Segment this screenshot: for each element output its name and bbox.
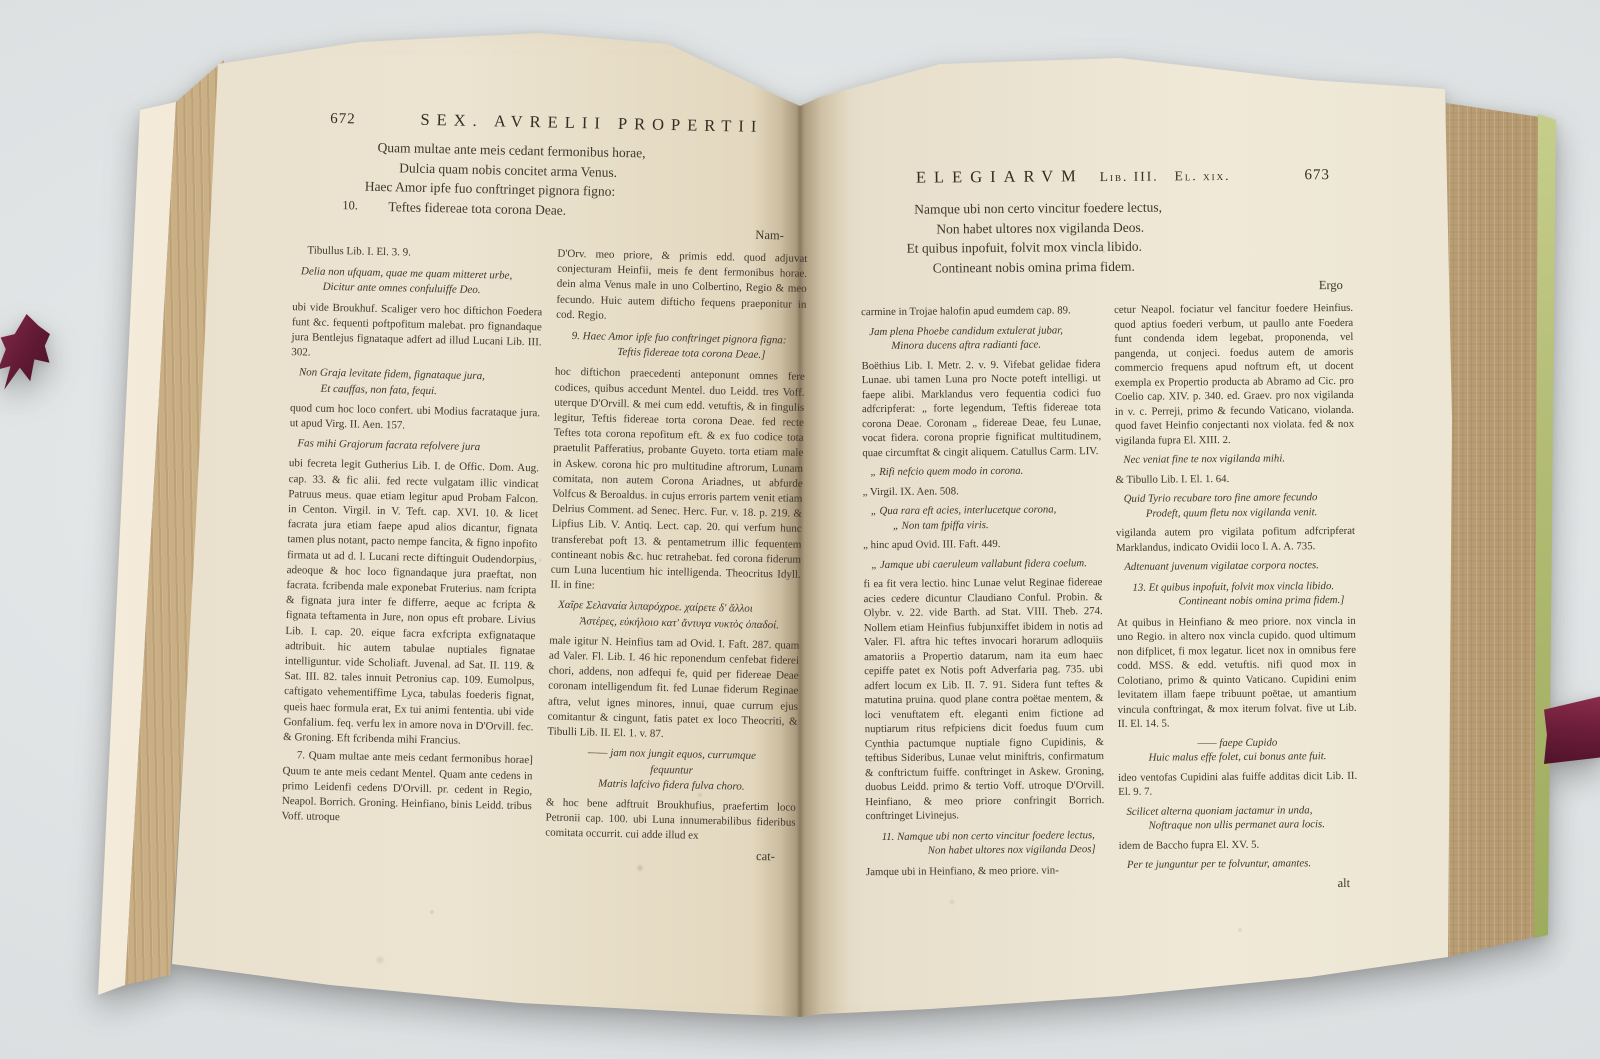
note-paragraph: Per te junguntur per te folvuntur, amant… bbox=[1127, 856, 1358, 873]
commentary-columns: Tibullus Lib. I. El. 3. 9.Delia non ufqu… bbox=[281, 241, 808, 864]
note-paragraph: D'Orv. meo priore, & primis edd. quod ad… bbox=[556, 247, 808, 328]
cloth-tie-right bbox=[1544, 696, 1600, 764]
quote-line: Adtenuant juvenum vigilatae corpora noct… bbox=[1124, 558, 1355, 575]
cloth-tie-left bbox=[0, 314, 50, 398]
book-photo: 672 SEX. AVRELII PROPERTII 10. Quam mult… bbox=[0, 0, 1600, 1059]
running-title-book: Lib. III. bbox=[1100, 169, 1159, 186]
right-page-header: ELEGIARVM Lib. III. El. xix. 673 bbox=[860, 164, 1352, 188]
latin-verse: 10. Quam multae ante meis cedant fermoni… bbox=[294, 136, 810, 225]
note-paragraph: Delia non ufquam, quae me quam mitteret … bbox=[300, 265, 543, 300]
note-paragraph: hoc diftichon praecedenti anteponunt omn… bbox=[550, 365, 805, 598]
notes-column-1: carmine in Trojae halofin apud eumdem ca… bbox=[861, 303, 1105, 894]
note-paragraph: Boëthius Lib. I. Metr. 2. v. 9. Vifebat … bbox=[861, 357, 1101, 461]
note-paragraph: & Tibullo Lib. I. El. 1. 64. bbox=[1115, 470, 1354, 487]
note-paragraph: 13. Et quibus inpofuit, folvit mox vincl… bbox=[1116, 578, 1355, 609]
note-paragraph: Fas mihi Grajorum facrata refolvere jura bbox=[297, 436, 539, 456]
note-paragraph: „ Jamque ubi caeruleum vallabunt fidera … bbox=[871, 556, 1102, 573]
catchword: alt bbox=[1119, 875, 1358, 892]
note-paragraph: Jamque ubi in Heinfiano, & meo priore. v… bbox=[866, 863, 1105, 880]
open-book: 672 SEX. AVRELII PROPERTII 10. Quam mult… bbox=[0, 0, 1600, 1059]
note-paragraph: & hoc bene adftruit Broukhufius, praefer… bbox=[545, 795, 796, 846]
verse-line: Contineant nobis omina prima fidem. bbox=[907, 254, 1353, 277]
quote-line: Nec veniat fine te nox vigilanda mihi. bbox=[1123, 451, 1354, 468]
left-page: 672 SEX. AVRELII PROPERTII 10. Quam mult… bbox=[281, 107, 811, 864]
note-paragraph: Tibullus Lib. I. El. 3. 9. bbox=[293, 243, 543, 263]
note-paragraph: Nec veniat fine te nox vigilanda mihi. bbox=[1123, 451, 1354, 468]
open-pages: 672 SEX. AVRELII PROPERTII 10. Quam mult… bbox=[0, 0, 1600, 1059]
note-paragraph: ubi fecreta legit Gutherius Lib. I. de O… bbox=[283, 457, 539, 751]
quote-line: „ Non tam fpiffa viris. bbox=[871, 517, 1102, 534]
verse-line-number: 10. bbox=[342, 196, 358, 216]
note-paragraph: ubi vide Broukhuf. Scaliger vero hoc dif… bbox=[291, 300, 542, 366]
note-paragraph: —— jam nox jungit equos, currumquefequun… bbox=[546, 745, 797, 796]
note-paragraph: —— faepe CupidoHuic malus effe folet, cu… bbox=[1118, 734, 1357, 765]
quote-line: Minora ducens aftra radianti face. bbox=[869, 337, 1100, 354]
right-page: ELEGIARVM Lib. III. El. xix. 673 Namque … bbox=[860, 164, 1358, 894]
note-paragraph: „ Qua rara eft acies, interlucetque coro… bbox=[871, 502, 1102, 533]
quote-line: Prodeft, quum fletu nox vigilanda venit. bbox=[1124, 504, 1355, 521]
quote-line: Noftraque non ullis permanet aura locis. bbox=[1127, 817, 1358, 834]
note-paragraph: carmine in Trojae halofin apud eumdem ca… bbox=[861, 303, 1100, 320]
catchword: Ergo bbox=[861, 278, 1353, 297]
note-paragraph: Jam plena Phoebe candidum extulerat juba… bbox=[869, 323, 1100, 354]
notes-column-2: D'Orv. meo priore, & primis edd. quod ad… bbox=[545, 247, 808, 865]
note-paragraph: Scilicet alterna quoniam jactamur in und… bbox=[1126, 802, 1357, 833]
note-paragraph: 11. Namque ubi non certo vincitur foeder… bbox=[866, 828, 1105, 859]
note-paragraph: fi ea fit vera lectio. hinc Lunae velut … bbox=[863, 575, 1104, 824]
note-paragraph: ideo ventofas Cupidini alas fuiffe addit… bbox=[1118, 768, 1357, 799]
note-paragraph: „ Rifi nefcio quem modo in corona. bbox=[870, 463, 1101, 480]
note-paragraph: „ hinc apud Ovid. III. Faft. 449. bbox=[863, 536, 1102, 553]
quote-line: „ Jamque ubi caeruleum vallabunt fidera … bbox=[871, 556, 1102, 573]
running-title: ELEGIARVM bbox=[860, 166, 1084, 188]
note-paragraph: Χαῖρε Σελαναία λιπαρόχροε. χαίρετε δ' ἄλ… bbox=[558, 598, 801, 633]
note-paragraph: Adtenuant juvenum vigilatae corpora noct… bbox=[1124, 558, 1355, 575]
note-paragraph: idem de Baccho fupra El. XV. 5. bbox=[1119, 836, 1358, 853]
note-paragraph: male igitur N. Heinfius tam ad Ovid. I. … bbox=[547, 633, 799, 745]
note-paragraph: Quid Tyrio recubare toro fine amore fecu… bbox=[1124, 490, 1355, 521]
note-paragraph: cetur Neapol. fociatur vel fancitur foed… bbox=[1114, 301, 1354, 448]
page-number: 672 bbox=[296, 110, 356, 128]
quote-line: Per te junguntur per te folvuntur, amant… bbox=[1127, 856, 1358, 873]
page-number: 673 bbox=[1304, 167, 1352, 184]
notes-column-2-paras: D'Orv. meo priore, & primis edd. quod ad… bbox=[545, 247, 807, 847]
notes-column-1: Tibullus Lib. I. El. 3. 9.Delia non ufqu… bbox=[281, 241, 544, 859]
note-paragraph: Non Graja levitate fidem, fignataque jur… bbox=[298, 366, 541, 401]
quote-line: Non habet ultores nox vigilanda Deos] bbox=[882, 842, 1105, 858]
note-paragraph: 7. Quam multae ante meis cedant fermonib… bbox=[281, 748, 533, 829]
quote-line: Huic malus effe folet, cui bonus ante fu… bbox=[1118, 749, 1357, 766]
note-paragraph: „ Virgil. IX. Aen. 508. bbox=[863, 483, 1102, 500]
commentary-columns: carmine in Trojae halofin apud eumdem ca… bbox=[861, 301, 1358, 894]
note-paragraph: At quibus in Heinfiano & meo priore. nox… bbox=[1117, 613, 1357, 731]
quote-line: Fas mihi Grajorum facrata refolvere jura bbox=[297, 436, 539, 456]
latin-verse: Namque ubi non certo vincitur foedere le… bbox=[860, 196, 1353, 278]
notes-column-2: cetur Neapol. fociatur vel fancitur foed… bbox=[1114, 301, 1358, 892]
note-paragraph: vigilanda autem pro vigilata pofitum adf… bbox=[1116, 524, 1355, 555]
quote-line: „ Rifi nefcio quem modo in corona. bbox=[870, 463, 1101, 480]
note-paragraph: 9. Haec Amor ipfe fuo conftringet pignor… bbox=[555, 329, 806, 365]
quote-line: Contineant nobis omina prima fidem.] bbox=[1133, 593, 1356, 609]
note-paragraph: quod cum hoc loco confert. ubi Modius fa… bbox=[290, 401, 541, 437]
running-title-elegy: El. xix. bbox=[1175, 168, 1231, 184]
notes-column-2-paras: cetur Neapol. fociatur vel fancitur foed… bbox=[1114, 301, 1358, 873]
